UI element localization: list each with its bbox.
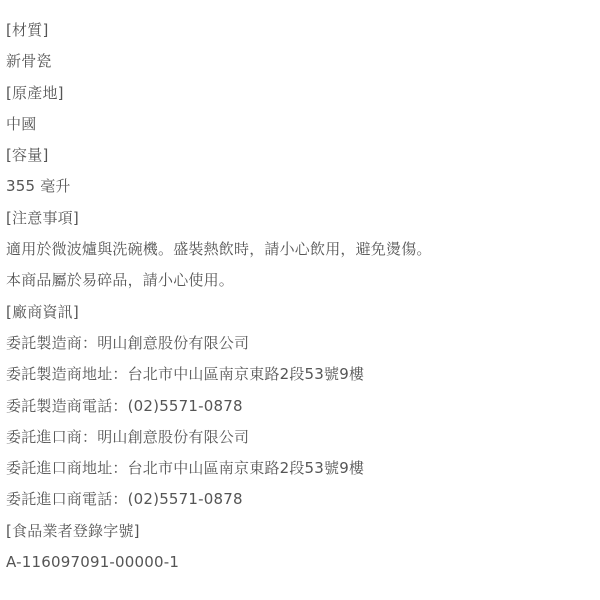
manufacturer-name: 委託製造商：明山創意股份有限公司 [6, 328, 596, 359]
food-registration-value: A-116097091-00000-1 [6, 547, 596, 578]
importer-name: 委託進口商：明山創意股份有限公司 [6, 422, 596, 453]
manufacturer-phone: 委託製造商電話：(02)5571-0878 [6, 391, 596, 422]
notes-heading: [注意事項] [6, 203, 596, 234]
manufacturer-address: 委託製造商地址：台北市中山區南京東路2段53號9樓 [6, 359, 596, 390]
origin-value: 中國 [6, 109, 596, 140]
importer-phone: 委託進口商電話：(02)5571-0878 [6, 484, 596, 515]
notes-line: 適用於微波爐與洗碗機。盛裝熱飲時，請小心飲用，避免燙傷。 [6, 234, 596, 265]
origin-heading: [原產地] [6, 78, 596, 109]
importer-address: 委託進口商地址：台北市中山區南京東路2段53號9樓 [6, 453, 596, 484]
notes-line: 本商品屬於易碎品，請小心使用。 [6, 265, 596, 296]
vendor-heading: [廠商資訊] [6, 297, 596, 328]
product-spec-document: [材質] 新骨瓷 [原產地] 中國 [容量] 355 毫升 [注意事項] 適用於… [6, 15, 596, 578]
material-heading: [材質] [6, 15, 596, 46]
capacity-heading: [容量] [6, 140, 596, 171]
capacity-value: 355 毫升 [6, 171, 596, 202]
food-registration-heading: [食品業者登錄字號] [6, 516, 596, 547]
material-value: 新骨瓷 [6, 46, 596, 77]
